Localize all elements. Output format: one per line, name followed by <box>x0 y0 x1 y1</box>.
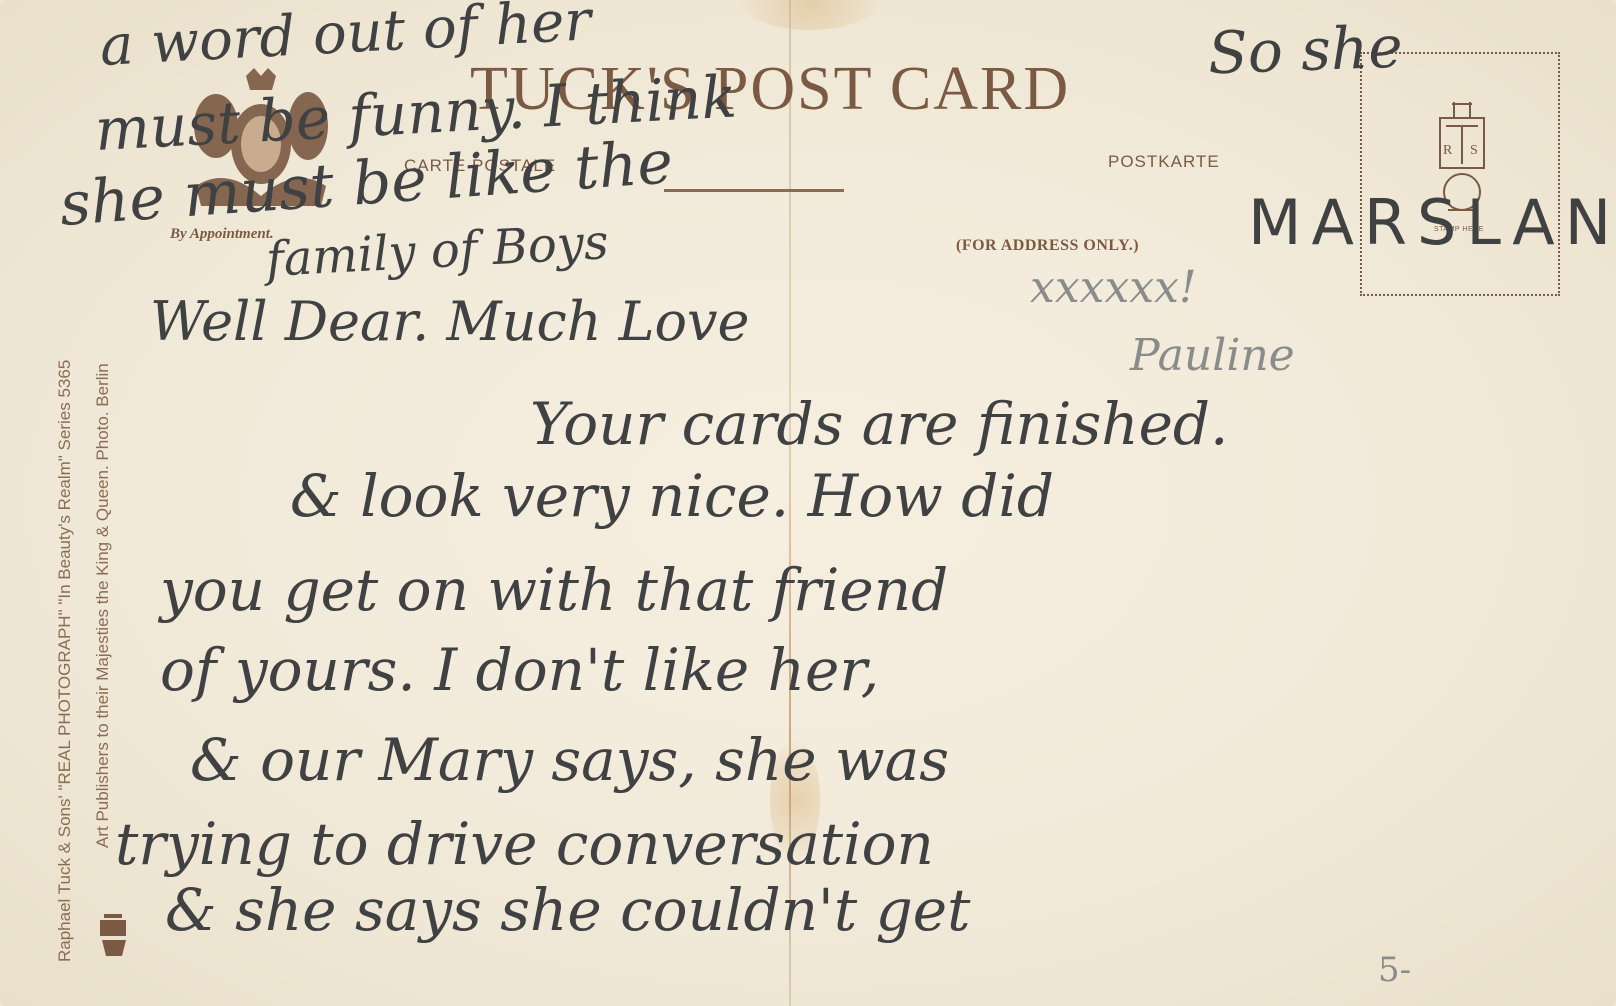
body-line: & she says she couldn't get <box>165 876 970 944</box>
handwriting-line: So she <box>1207 13 1404 88</box>
body-line: & look very nice. How did <box>290 462 1054 530</box>
postcard-back: TUCK'S POST CARD CARTE POSTALE POSTKARTE… <box>0 0 1616 1006</box>
postkarte-label: POSTKARTE <box>1108 152 1220 172</box>
stain <box>740 0 880 30</box>
handwriting-surname: MARSLAND <box>1248 186 1616 259</box>
handwriting-line: Well Dear. Much Love <box>150 290 750 353</box>
kisses: xxxxxx! <box>1030 262 1197 313</box>
body-line: trying to drive conversation <box>115 810 934 878</box>
signature: Pauline <box>1130 330 1295 381</box>
svg-text:R: R <box>1443 143 1453 158</box>
body-line: Your cards are finished. <box>530 390 1228 458</box>
body-line: of yours. I don't like her, <box>160 636 879 704</box>
address-only-label: (FOR ADDRESS ONLY.) <box>956 237 1139 255</box>
page-number: 5- <box>1378 950 1411 990</box>
publisher-line-2: Art Publishers to their Majesties the Ki… <box>93 363 113 848</box>
stamp-box: R S STAMP HERE <box>1360 52 1560 296</box>
body-line: you get on with that friend <box>160 556 948 624</box>
divider-line <box>664 189 844 192</box>
tuck-easel-logo-icon <box>96 912 132 958</box>
publisher-line: Raphael Tuck & Sons' "REAL PHOTOGRAPH" "… <box>55 360 75 962</box>
svg-text:S: S <box>1470 143 1478 158</box>
body-line: & our Mary says, she was <box>190 726 949 794</box>
